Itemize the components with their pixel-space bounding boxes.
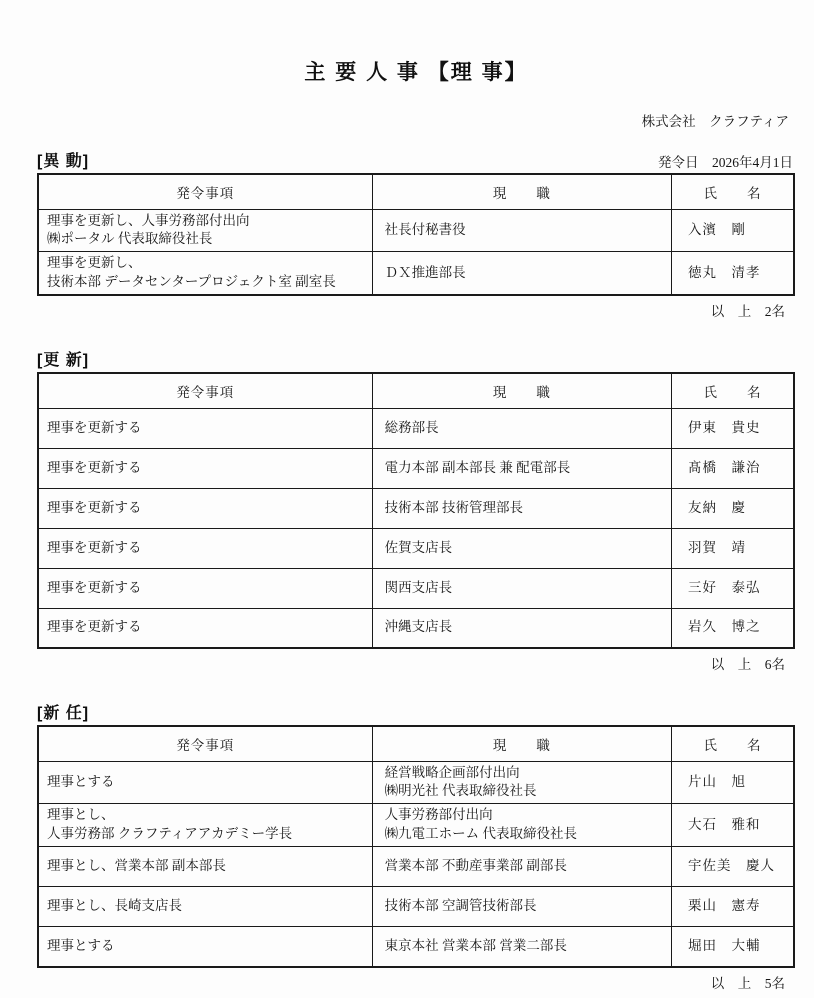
position-cell: 電力本部 副本部長 兼 配電部長 xyxy=(372,448,671,488)
col-header-name: 氏 名 xyxy=(672,174,794,209)
table-body: 理事を更新する総務部長伊東 貴史理事を更新する電力本部 副本部長 兼 配電部長髙… xyxy=(38,408,794,648)
personnel-table: 発令事項 現 職 氏 名 理事を更新し、人事労務部付出向 ㈱ポータル 代表取締役… xyxy=(37,173,795,296)
table-row: 理事を更新する関西支店長三好 泰弘 xyxy=(38,568,794,608)
table-row: 理事とする経営戦略企画部付出向 ㈱明光社 代表取締役社長片山 旭 xyxy=(38,761,794,804)
position-cell: 技術本部 空調管技術部長 xyxy=(372,887,671,927)
position-cell: 営業本部 不動産事業部 副部長 xyxy=(372,847,671,887)
item-cell: 理事を更新し、人事労務部付出向 ㈱ポータル 代表取締役社長 xyxy=(38,209,372,252)
item-cell: 理事を更新する xyxy=(38,408,372,448)
item-cell: 理事を更新し、 技術本部 データセンタープロジェクト室 副室長 xyxy=(38,252,372,295)
personnel-section: [更 新] 発令事項 現 職 氏 名 理事を更新する総務部長伊東 貴史理事を更新… xyxy=(37,348,795,669)
name-cell: 宇佐美 慶人 xyxy=(672,847,794,887)
personnel-section: [異 動] 発令日 2026年4月1日 発令事項 現 職 氏 名 理事を更新し、… xyxy=(37,149,795,316)
col-header-item: 発令事項 xyxy=(38,174,372,209)
table-row: 理事を更新する沖縄支店長岩久 博之 xyxy=(38,608,794,648)
section-label: [更 新] xyxy=(37,347,89,370)
position-cell: 関西支店長 xyxy=(372,568,671,608)
name-cell: 友納 慶 xyxy=(672,488,794,528)
name-cell: 片山 旭 xyxy=(672,761,794,804)
name-cell: 入濱 剛 xyxy=(672,209,794,252)
table-row: 理事とし、長崎支店長技術本部 空調管技術部長栗山 憲寿 xyxy=(38,887,794,927)
name-cell: 羽賀 靖 xyxy=(672,528,794,568)
position-cell: 技術本部 技術管理部長 xyxy=(372,488,671,528)
name-cell: 岩久 博之 xyxy=(672,608,794,648)
table-row: 理事を更新し、人事労務部付出向 ㈱ポータル 代表取締役社長社長付秘書役入濱 剛 xyxy=(38,209,794,252)
item-cell: 理事とする xyxy=(38,927,372,967)
name-cell: 伊東 貴史 xyxy=(672,408,794,448)
section-label: [異 動] xyxy=(37,148,89,171)
position-cell: 沖縄支店長 xyxy=(372,608,671,648)
name-cell: 徳丸 清孝 xyxy=(672,252,794,295)
col-header-name: 氏 名 xyxy=(672,726,794,761)
col-header-position: 現 職 xyxy=(372,174,671,209)
col-header-position: 現 職 xyxy=(372,726,671,761)
item-cell: 理事とし、営業本部 副本部長 xyxy=(38,847,372,887)
header-row: 発令事項 現 職 氏 名 xyxy=(38,174,794,209)
section-label: [新 任] xyxy=(37,700,89,723)
position-cell: ＤＸ推進部長 xyxy=(372,252,671,295)
name-cell: 大石 雅和 xyxy=(672,804,794,847)
document-title: 主 要 人 事 【理 事】 xyxy=(37,56,795,86)
item-cell: 理事を更新する xyxy=(38,528,372,568)
table-row: 理事を更新し、 技術本部 データセンタープロジェクト室 副室長ＤＸ推進部長徳丸 … xyxy=(38,252,794,295)
table-row: 理事とし、営業本部 副本部長営業本部 不動産事業部 副部長宇佐美 慶人 xyxy=(38,847,794,887)
item-cell: 理事とし、 人事労務部 クラフティアアカデミー学長 xyxy=(38,804,372,847)
company-name: 株式会社 クラフティア xyxy=(37,110,795,129)
position-cell: 総務部長 xyxy=(372,408,671,448)
section-head: [新 任] xyxy=(37,701,795,723)
item-cell: 理事を更新する xyxy=(38,568,372,608)
personnel-table: 発令事項 現 職 氏 名 理事とする経営戦略企画部付出向 ㈱明光社 代表取締役社… xyxy=(37,725,795,968)
section-head: [更 新] xyxy=(37,348,795,370)
col-header-name: 氏 名 xyxy=(672,373,794,408)
table-body: 理事とする経営戦略企画部付出向 ㈱明光社 代表取締役社長片山 旭理事とし、 人事… xyxy=(38,761,794,967)
total-count: 以 上 6名 xyxy=(37,649,795,669)
personnel-section: [新 任] 発令事項 現 職 氏 名 理事とする経営戦略企画部付出向 ㈱明光社 … xyxy=(37,701,795,988)
header-row: 発令事項 現 職 氏 名 xyxy=(38,726,794,761)
table-row: 理事を更新する総務部長伊東 貴史 xyxy=(38,408,794,448)
sections-container: [異 動] 発令日 2026年4月1日 発令事項 現 職 氏 名 理事を更新し、… xyxy=(37,149,795,988)
name-cell: 髙橋 謙治 xyxy=(672,448,794,488)
table-row: 理事を更新する技術本部 技術管理部長友納 慶 xyxy=(38,488,794,528)
table-row: 理事とする東京本社 営業本部 営業二部長堀田 大輔 xyxy=(38,927,794,967)
col-header-item: 発令事項 xyxy=(38,373,372,408)
item-cell: 理事とし、長崎支店長 xyxy=(38,887,372,927)
total-count: 以 上 2名 xyxy=(37,296,795,316)
item-cell: 理事を更新する xyxy=(38,608,372,648)
total-count: 以 上 5名 xyxy=(37,968,795,988)
position-cell: 社長付秘書役 xyxy=(372,209,671,252)
col-header-item: 発令事項 xyxy=(38,726,372,761)
issue-date: 発令日 2026年4月1日 xyxy=(658,151,795,171)
item-cell: 理事を更新する xyxy=(38,448,372,488)
position-cell: 佐賀支店長 xyxy=(372,528,671,568)
name-cell: 三好 泰弘 xyxy=(672,568,794,608)
table-row: 理事を更新する電力本部 副本部長 兼 配電部長髙橋 謙治 xyxy=(38,448,794,488)
document-page: 主 要 人 事 【理 事】 株式会社 クラフティア [異 動] 発令日 2026… xyxy=(0,0,814,998)
position-cell: 人事労務部付出向 ㈱九電工ホーム 代表取締役社長 xyxy=(372,804,671,847)
personnel-table: 発令事項 現 職 氏 名 理事を更新する総務部長伊東 貴史理事を更新する電力本部… xyxy=(37,372,795,649)
name-cell: 栗山 憲寿 xyxy=(672,887,794,927)
name-cell: 堀田 大輔 xyxy=(672,927,794,967)
section-head: [異 動] 発令日 2026年4月1日 xyxy=(37,149,795,171)
position-cell: 経営戦略企画部付出向 ㈱明光社 代表取締役社長 xyxy=(372,761,671,804)
item-cell: 理事を更新する xyxy=(38,488,372,528)
table-body: 理事を更新し、人事労務部付出向 ㈱ポータル 代表取締役社長社長付秘書役入濱 剛理… xyxy=(38,209,794,295)
table-row: 理事とし、 人事労務部 クラフティアアカデミー学長人事労務部付出向 ㈱九電工ホー… xyxy=(38,804,794,847)
table-row: 理事を更新する佐賀支店長羽賀 靖 xyxy=(38,528,794,568)
position-cell: 東京本社 営業本部 営業二部長 xyxy=(372,927,671,967)
item-cell: 理事とする xyxy=(38,761,372,804)
header-row: 発令事項 現 職 氏 名 xyxy=(38,373,794,408)
col-header-position: 現 職 xyxy=(372,373,671,408)
